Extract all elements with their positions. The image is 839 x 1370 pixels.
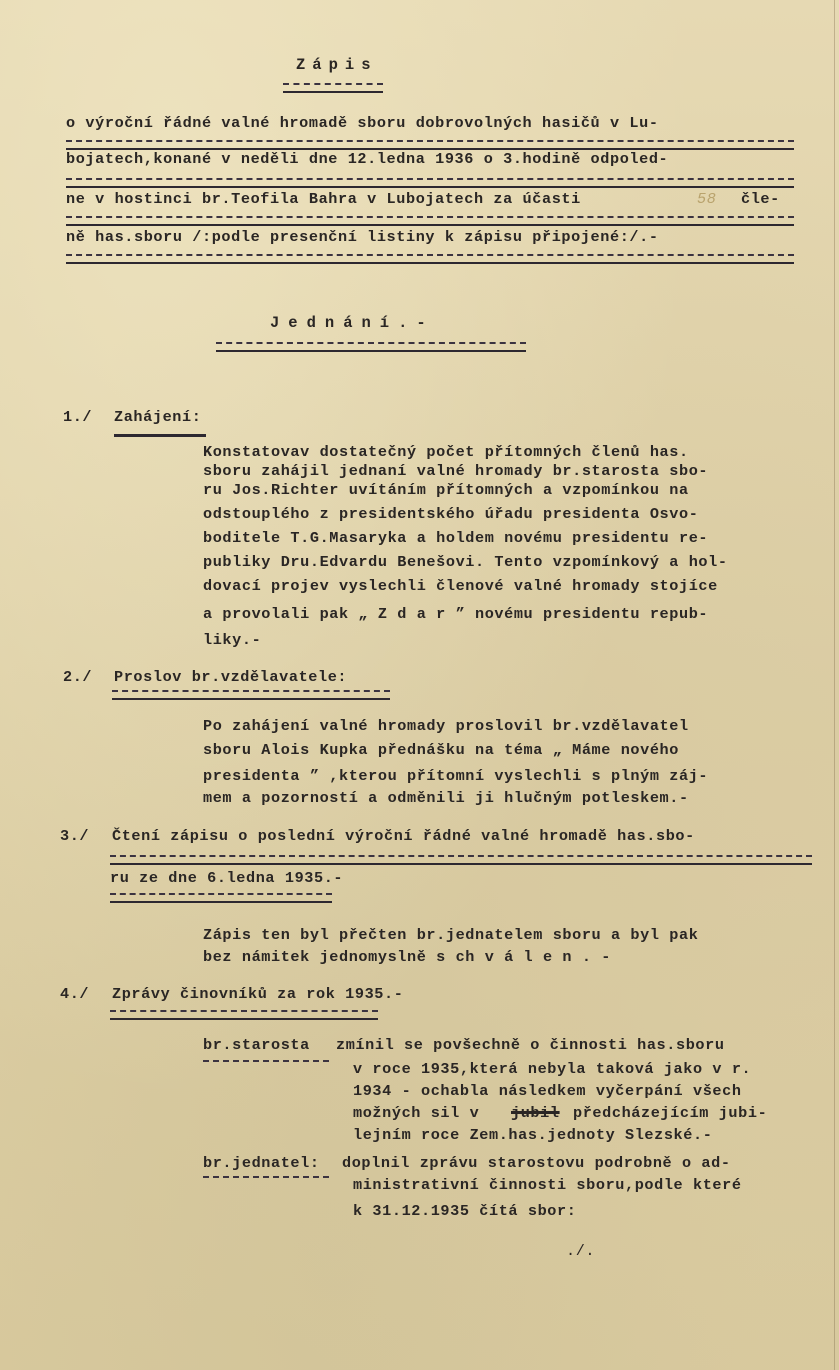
section-heading: Jednání.- <box>270 314 435 332</box>
item-body-line: Zápis ten byl přečten br.jednatelem sbor… <box>203 926 698 944</box>
item-body-line: sboru zahájil jednaní valné hromady br.s… <box>203 462 708 480</box>
report-line: doplnil zprávu starostovu podrobně o ad- <box>342 1154 731 1172</box>
report-role-underline <box>203 1060 329 1062</box>
item-body-line: presidenta ” ,kterou přítomní vyslechli … <box>203 767 708 785</box>
item-heading: Zprávy činovníků za rok 1935.- <box>112 985 403 1003</box>
item-body-line: Konstatovav dostatečný počet přítomných … <box>203 443 689 461</box>
item-heading-underline <box>112 690 390 700</box>
document-title: Zápis <box>296 56 378 74</box>
item-body-line: mem a pozorností a odměnili ji hlučným p… <box>203 789 689 807</box>
intro-underline <box>66 140 794 150</box>
title-underline <box>283 83 383 93</box>
intro-line: bojatech,konané v neděli dne 12.ledna 19… <box>66 150 668 168</box>
item-body-line: sboru Alois Kupka přednášku na téma „ Má… <box>203 741 679 759</box>
report-line: ministrativní činnosti sboru,podle které <box>353 1176 742 1194</box>
intro-line: ně has.sboru /:podle presenční listiny k… <box>66 228 659 246</box>
report-line: lejním roce Zem.has.jednoty Slezské.- <box>353 1126 712 1144</box>
page-edge <box>834 0 835 1370</box>
item-body-line: a provolali pak „ Z d a r ” novému presi… <box>203 605 708 623</box>
intro-line-tail: čle- <box>741 190 780 208</box>
section-heading-underline <box>216 342 526 352</box>
struck-word: jubil <box>511 1104 560 1122</box>
item-body-line: bez námitek jednomyslně s ch v á l e n .… <box>203 948 611 966</box>
report-role: br.starosta <box>203 1036 310 1054</box>
item-body-line: publiky Dru.Edvardu Benešovi. Tento vzpo… <box>203 553 728 571</box>
item-number: 3./ <box>60 827 89 845</box>
report-line: v roce 1935,která nebyla taková jako v r… <box>353 1060 751 1078</box>
continuation-mark: ./. <box>566 1242 595 1260</box>
item-heading-continued: ru ze dne 6.ledna 1935.- <box>110 869 343 887</box>
item-body-line: Po zahájení valné hromady proslovil br.v… <box>203 717 689 735</box>
item-number: 1./ <box>63 408 92 426</box>
report-role-underline <box>203 1176 329 1178</box>
item-body-line: boditele T.G.Masaryka a holdem novému pr… <box>203 529 708 547</box>
item-number: 4./ <box>60 985 89 1003</box>
report-line: k 31.12.1935 čítá sbor: <box>353 1202 576 1220</box>
report-role: br.jednatel: <box>203 1154 320 1172</box>
document-page: Zápis o výroční řádné valné hromadě sbor… <box>0 0 839 1370</box>
item-heading-underline <box>114 434 206 437</box>
item-number: 2./ <box>63 668 92 686</box>
item-heading-underline <box>110 855 812 865</box>
report-line-tail: předcházejícím jubi- <box>573 1104 767 1122</box>
item-heading: Proslov br.vzdělavatele: <box>114 668 347 686</box>
item-body-line: ru Jos.Richter uvítáním přítomných a vzp… <box>203 481 689 499</box>
item-heading: Čtení zápisu o poslední výroční řádné va… <box>112 827 695 845</box>
report-line: 1934 - ochabla následkem vyčerpání všech <box>353 1082 742 1100</box>
intro-line: o výroční řádné valné hromadě sboru dobr… <box>66 114 659 132</box>
item-heading: Zahájení: <box>114 408 201 426</box>
item-body-line: dovací projev vyslechli členové valné hr… <box>203 577 718 595</box>
report-line: zmínil se povšechně o činnosti has.sboru <box>336 1036 725 1054</box>
intro-underline <box>66 178 794 188</box>
intro-line: ne v hostinci br.Teofila Bahra v Lubojat… <box>66 190 581 208</box>
item-body-line: liky.- <box>203 631 261 649</box>
intro-underline <box>66 216 794 226</box>
intro-underline <box>66 254 794 264</box>
item-heading-underline <box>110 1010 378 1020</box>
handwritten-member-count: 58 <box>697 190 716 208</box>
report-line: možných sil v <box>353 1104 479 1122</box>
item-heading-underline <box>110 893 332 903</box>
item-body-line: odstouplého z presidentského úřadu presi… <box>203 505 698 523</box>
